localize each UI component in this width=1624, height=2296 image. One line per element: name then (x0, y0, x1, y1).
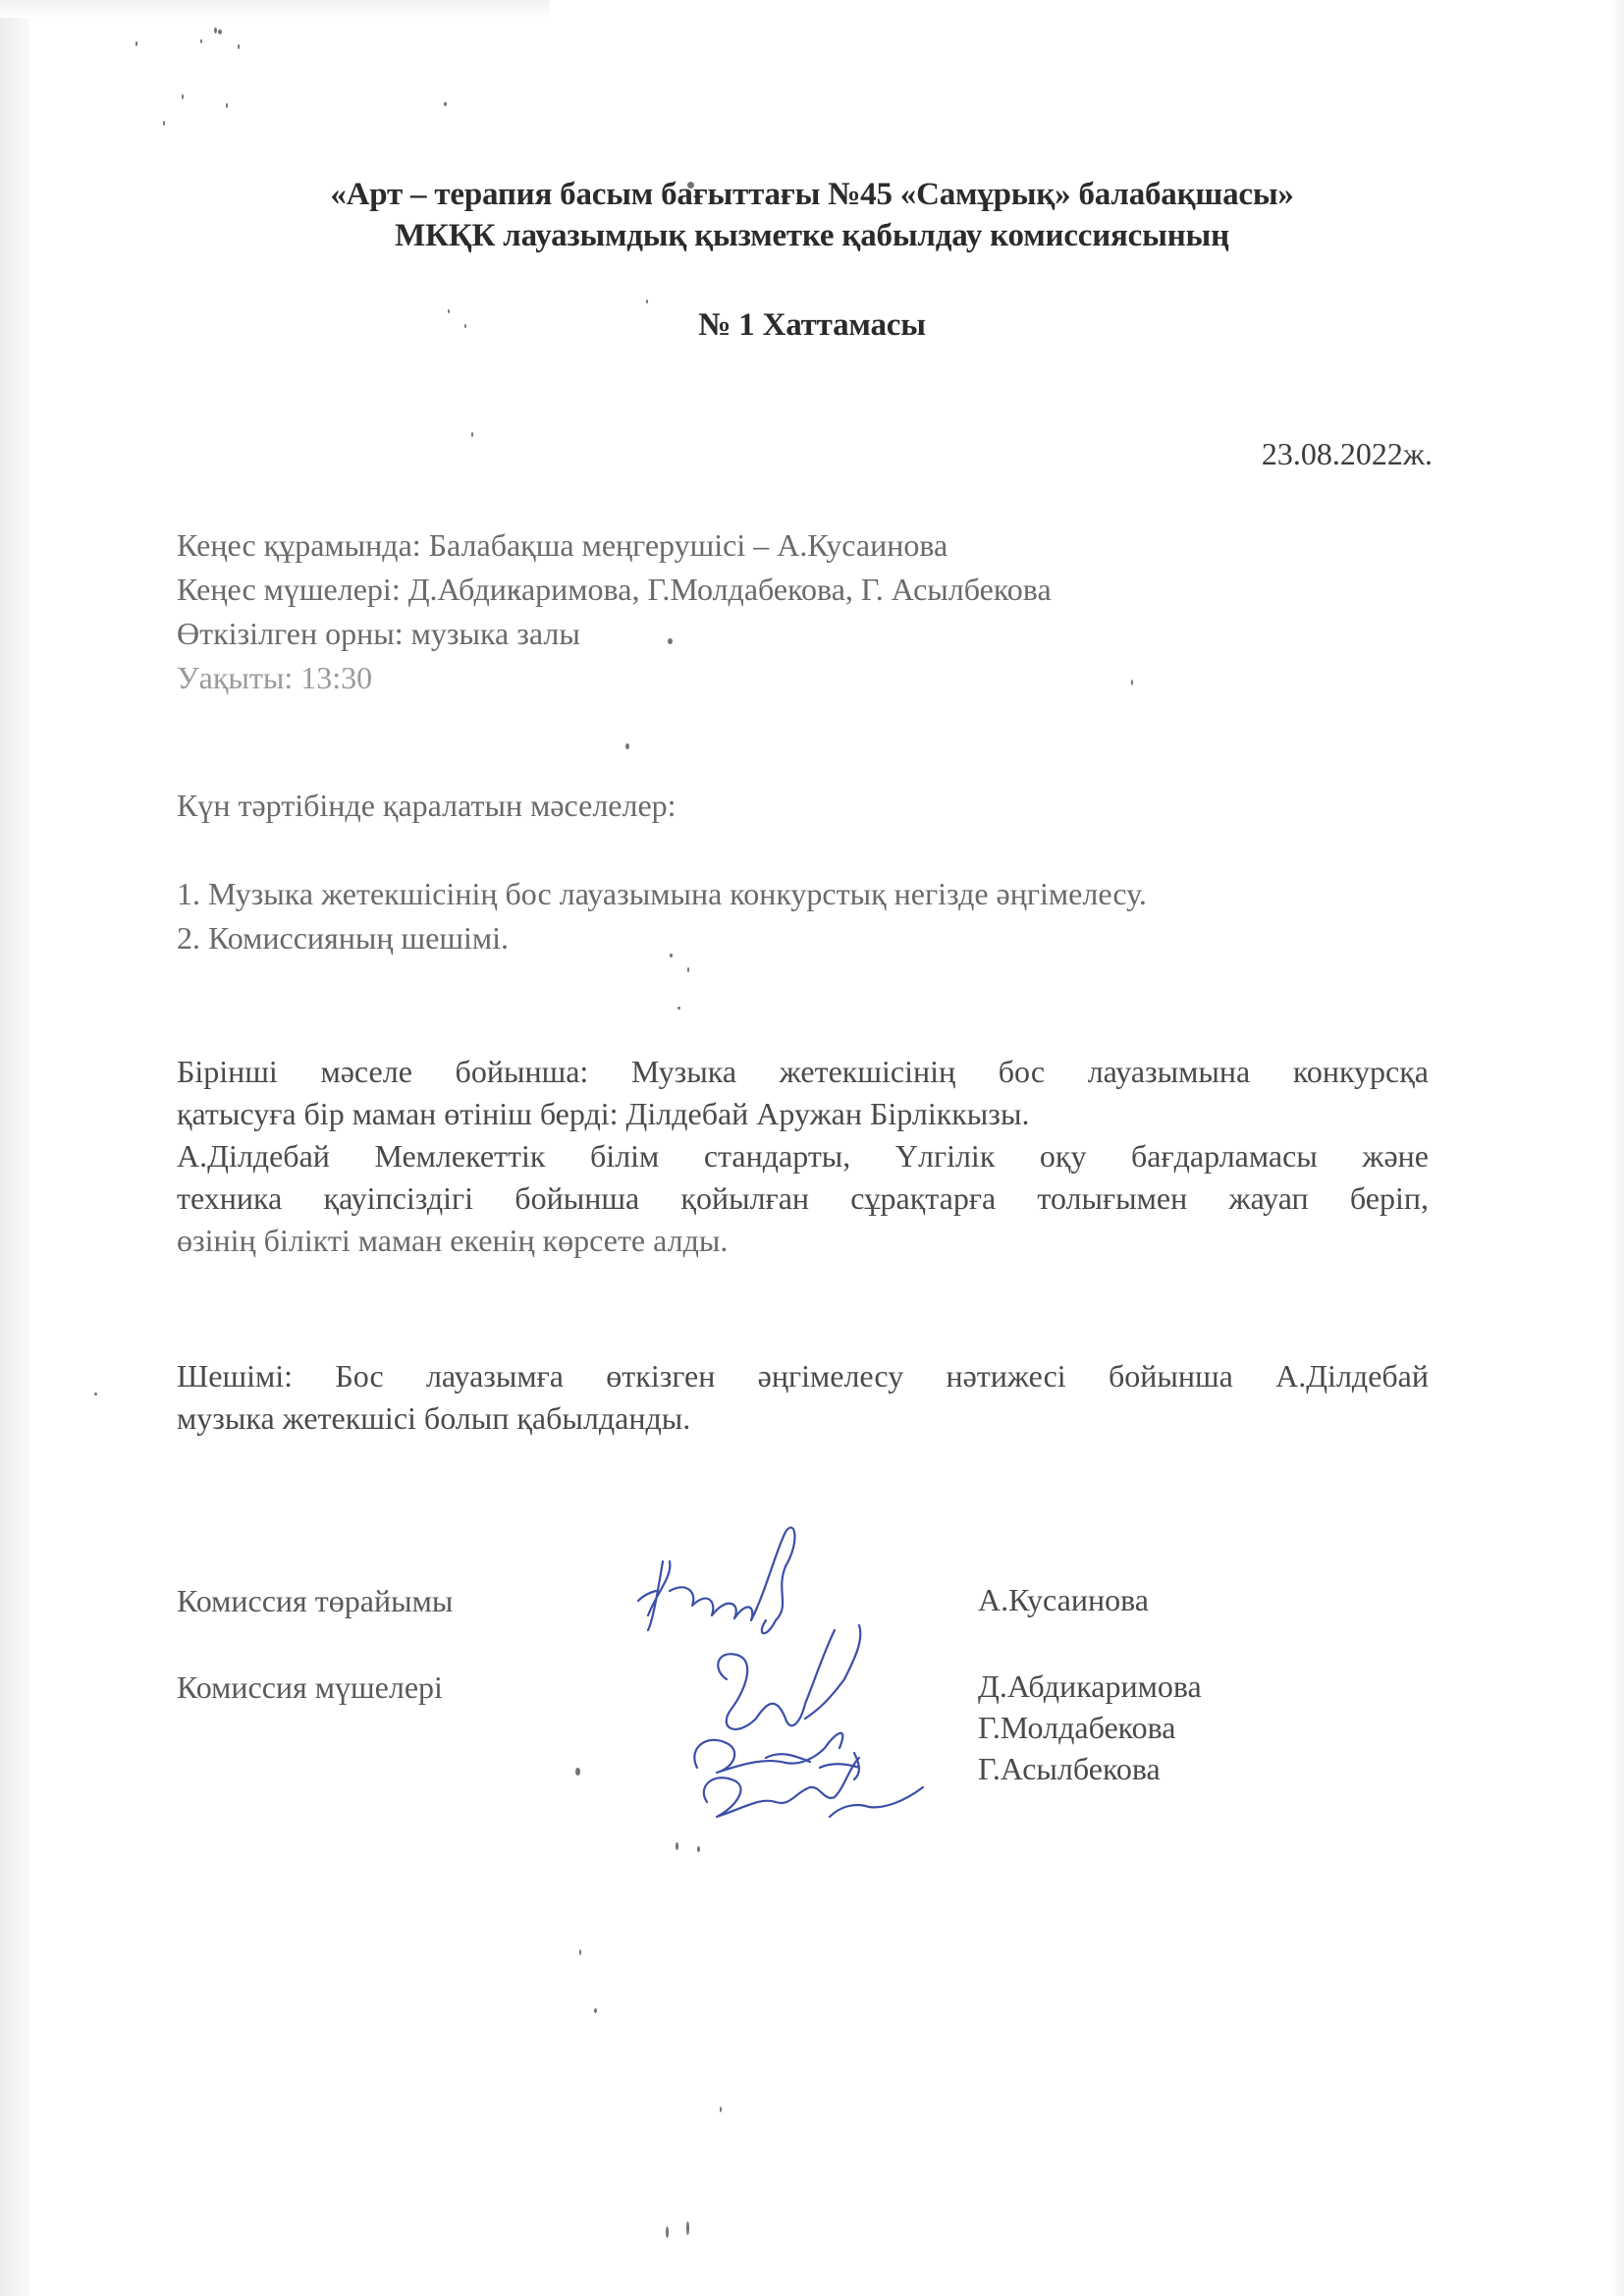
member-names: Д.Абдикаримова Г.Молдабекова Г.Асылбеков… (978, 1666, 1202, 1789)
agenda-item-1: 1. Музыка жетекшісінің бос лауазымына ко… (177, 876, 1147, 912)
meeting-composition: Кеңес құрамында: Балабақша меңгерушісі –… (177, 527, 947, 564)
document-header-line1: «Арт – терапия басым бағыттағы №45 «Самұ… (0, 177, 1624, 213)
first-issue-section: Бірінші мәселе бойынша: Музыка жетекшісі… (177, 1051, 1429, 1262)
scan-edge-right (1610, 0, 1624, 2296)
document-header-line2: МКҚК лауазымдық қызметке қабылдау комисс… (0, 218, 1624, 254)
first-issue-line: техника қауіпсіздігі бойынша қойылған сұ… (177, 1177, 1429, 1220)
first-issue-line: А.Ділдебай Мемлекеттік білім стандарты, … (177, 1135, 1429, 1177)
scan-edge-left (0, 18, 29, 2296)
member-name: Г.Молдабекова (978, 1707, 1202, 1748)
chair-label: Комиссия төрайымы (177, 1583, 453, 1619)
first-issue-line: Бірінші мәселе бойынша: Музыка жетекшісі… (177, 1051, 1429, 1093)
meeting-venue: Өткізілген орны: музыка залы (177, 616, 580, 652)
signature-icon (619, 1522, 972, 1836)
agenda-item-2: 2. Комиссияның шешімі. (177, 920, 509, 957)
decision-line: Шешімі: Бос лауазымға өткізген әңгімелес… (177, 1355, 1429, 1397)
meeting-members: Кеңес мүшелері: Д.Абдикаримова, Г.Молдаб… (177, 572, 1052, 608)
member-name: Д.Абдикаримова (978, 1666, 1202, 1707)
first-issue-line: қатысуға бір маман өтініш берді: Ділдеба… (177, 1093, 1429, 1135)
decision-line: музыка жетекшісі болып қабылданды. (177, 1397, 1429, 1440)
first-issue-line: өзінің білікті маман екенің көрсете алды… (177, 1220, 1429, 1262)
chair-name: А.Кусаинова (978, 1579, 1149, 1620)
members-label: Комиссия мүшелері (177, 1669, 443, 1706)
meeting-time: Уақыты: 13:30 (177, 660, 372, 696)
document-title: № 1 Хаттамасы (0, 307, 1624, 344)
document-date: 23.08.2022ж. (1262, 436, 1433, 472)
agenda-title: Күн тәртібінде қаралатын мәселелер: (177, 788, 677, 824)
decision-section: Шешімі: Бос лауазымға өткізген әңгімелес… (177, 1355, 1429, 1440)
member-name: Г.Асылбекова (978, 1748, 1202, 1789)
scan-edge-top (0, 0, 550, 18)
